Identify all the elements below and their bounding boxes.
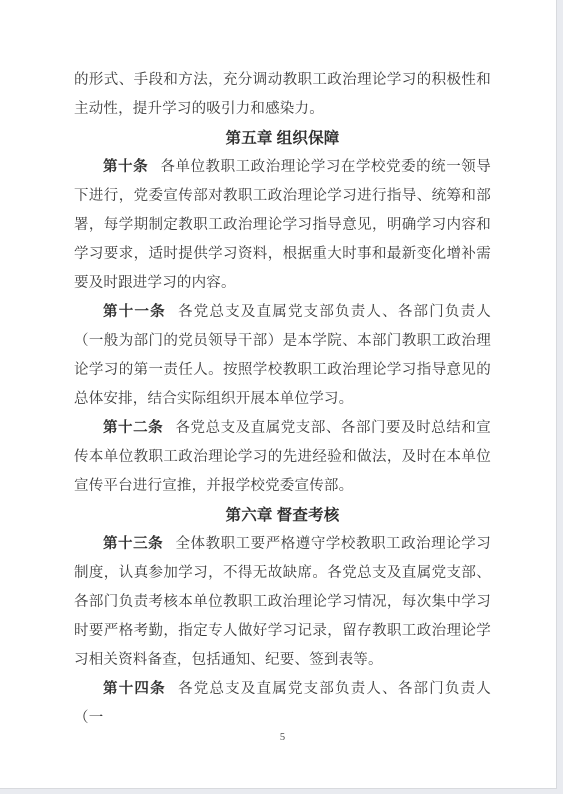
article-10-term: 第十条 [103, 159, 148, 175]
article-13: 第十三条全体教职工要严格遵守学校教职工政治理论学习制度，认真参加学习，不得无故缺… [74, 530, 491, 675]
page-content: 的形式、手段和方法，充分调动教职工政治理论学习的积极性和主动性，提升学习的吸引力… [74, 66, 491, 733]
article-12: 第十二条各党总支及直属党支部、各部门要及时总结和宣传本单位教职工政治理论学习的先… [74, 414, 491, 501]
page-footer: 5 [74, 731, 491, 745]
chapter-heading-5: 第五章 组织保障 [74, 124, 491, 153]
article-10: 第十条各单位教职工政治理论学习在学校党委的统一领导下进行，党委宣传部对教职工政治… [74, 153, 491, 298]
article-11: 第十一条各党总支及直属党支部负责人、各部门负责人（一般为部门的党员领导干部）是本… [74, 298, 491, 414]
article-11-term: 第十一条 [103, 304, 166, 320]
article-13-text: 全体教职工要严格遵守学校教职工政治理论学习制度，认真参加学习，不得无故缺席。各党… [74, 536, 491, 668]
article-13-term: 第十三条 [103, 536, 163, 552]
article-12-term: 第十二条 [103, 420, 163, 436]
paragraph-continued: 的形式、手段和方法，充分调动教职工政治理论学习的积极性和主动性，提升学习的吸引力… [74, 66, 491, 124]
page-number: 5 [280, 732, 285, 743]
article-14: 第十四条各党总支及直属党支部负责人、各部门负责人（一 [74, 675, 491, 733]
document-page: 的形式、手段和方法，充分调动教职工政治理论学习的积极性和主动性，提升学习的吸引力… [0, 0, 557, 789]
article-14-term: 第十四条 [103, 681, 166, 697]
article-10-text: 各单位教职工政治理论学习在学校党委的统一领导下进行，党委宣传部对教职工政治理论学… [74, 159, 491, 291]
chapter-heading-6: 第六章 督查考核 [74, 501, 491, 530]
